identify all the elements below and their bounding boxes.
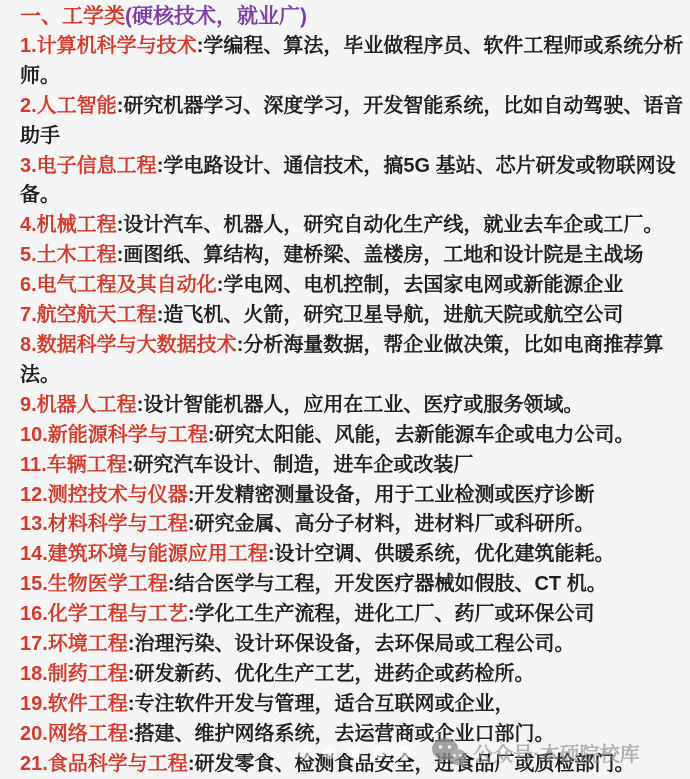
major-desc: :开发精密测量设备，用于工业检测或医疗诊断 bbox=[188, 484, 595, 506]
major-item: 9.机器人工程:设计智能机器人，应用在工业、医疗或服务领域。 bbox=[20, 391, 684, 421]
major-name: 4.机械工程 bbox=[20, 214, 117, 236]
major-list: 1.计算机科学与技术:学编程、算法，毕业做程序员、软件工程师或系统分析师。2.人… bbox=[20, 32, 684, 779]
major-item: 12.测控技术与仪器:开发精密测量设备，用于工业检测或医疗诊断 bbox=[20, 481, 684, 511]
major-item: 17.环境工程:治理污染、设计环保设备，去环保局或工程公司。 bbox=[20, 630, 684, 660]
major-name: 3.电子信息工程 bbox=[20, 155, 157, 177]
major-item: 10.新能源科学与工程:研究太阳能、风能，去新能源车企或电力公司。 bbox=[20, 421, 684, 451]
major-name: 11.车辆工程 bbox=[20, 454, 127, 476]
major-desc: :治理污染、设计环保设备，去环保局或工程公司。 bbox=[128, 633, 575, 655]
major-desc: :研发新药、优化生产工艺，进药企或药检所。 bbox=[128, 663, 535, 685]
major-name: 12.测控技术与仪器 bbox=[20, 484, 188, 506]
major-desc: :设计空调、供暖系统，优化建筑能耗。 bbox=[268, 543, 615, 565]
major-name: 15.生物医学工程 bbox=[20, 573, 168, 595]
section-title-highlight: (硬核技术，就业广) bbox=[125, 5, 307, 28]
section-title-text: 一、工学类 bbox=[20, 5, 125, 28]
major-desc: :造飞机、火箭，研究卫星导航，进航天院或航空公司 bbox=[157, 304, 624, 326]
major-name: 14.建筑环境与能源应用工程 bbox=[20, 543, 268, 565]
major-name: 18.制药工程 bbox=[20, 663, 128, 685]
major-item: 7.航空航天工程:造飞机、火箭，研究卫星导航，进航天院或航空公司 bbox=[20, 301, 684, 331]
major-item: 18.制药工程:研发新药、优化生产工艺，进药企或药检所。 bbox=[20, 660, 684, 690]
major-item: 19.软件工程:专注软件开发与管理，适合互联网或企业， bbox=[20, 690, 684, 720]
major-name: 6.电气工程及其自动化 bbox=[20, 274, 217, 296]
major-desc: :结合医学与工程，开发医疗器械如假肢、CT 机。 bbox=[168, 573, 607, 595]
major-item: 13.材料科学与工程:研究金属、高分子材料，进材料厂或科研所。 bbox=[20, 510, 684, 540]
major-item: 8.数据科学与大数据技术:分析海量数据，帮企业做决策，比如电商推荐算法。 bbox=[20, 331, 684, 391]
major-item: 2.人工智能:研究机器学习、深度学习，开发智能系统，比如自动驾驶、语音助手 bbox=[20, 92, 684, 152]
major-item: 15.生物医学工程:结合医学与工程，开发医疗器械如假肢、CT 机。 bbox=[20, 570, 684, 600]
major-desc: :学化工生产流程，进化工厂、药厂或环保公司 bbox=[188, 603, 595, 625]
major-name: 9.机器人工程 bbox=[20, 394, 137, 416]
major-name: 20.网络工程 bbox=[20, 723, 128, 745]
major-item: 14.建筑环境与能源应用工程:设计空调、供暖系统，优化建筑能耗。 bbox=[20, 540, 684, 570]
major-name: 5.土木工程 bbox=[20, 244, 117, 266]
major-desc: :研发零食、检测食品安全，进食品厂或质检部门。 bbox=[188, 753, 635, 775]
document-page: 一、工学类(硬核技术，就业广) 1.计算机科学与技术:学编程、算法，毕业做程序员… bbox=[0, 0, 684, 779]
major-desc: :研究汽车设计、制造，进车企或改装厂 bbox=[127, 454, 474, 476]
major-item: 1.计算机科学与技术:学编程、算法，毕业做程序员、软件工程师或系统分析师。 bbox=[20, 32, 684, 92]
major-desc: :研究机器学习、深度学习，开发智能系统，比如自动驾驶、语音助手 bbox=[20, 95, 683, 147]
major-name: 13.材料科学与工程 bbox=[20, 513, 188, 535]
major-desc: :设计智能机器人，应用在工业、医疗或服务领域。 bbox=[137, 394, 584, 416]
major-item: 4.机械工程:设计汽车、机器人，研究自动化生产线，就业去车企或工厂。 bbox=[20, 211, 684, 241]
major-name: 21.食品科学与工程 bbox=[20, 753, 188, 775]
major-name: 10.新能源科学与工程 bbox=[20, 424, 208, 446]
major-item: 11.车辆工程:研究汽车设计、制造，进车企或改装厂 bbox=[20, 451, 684, 481]
section-title: 一、工学类(硬核技术，就业广) bbox=[20, 2, 684, 32]
major-name: 19.软件工程 bbox=[20, 693, 128, 715]
major-name: 7.航空航天工程 bbox=[20, 304, 157, 326]
major-desc: :专注软件开发与管理，适合互联网或企业， bbox=[128, 693, 515, 715]
major-item: 3.电子信息工程:学电路设计、通信技术，搞5G 基站、芯片研发或物联网设备。 bbox=[20, 152, 684, 212]
major-item: 16.化学工程与工艺:学化工生产流程，进化工厂、药厂或环保公司 bbox=[20, 600, 684, 630]
major-desc: :研究金属、高分子材料，进材料厂或科研所。 bbox=[188, 513, 595, 535]
major-desc: :研究太阳能、风能，去新能源车企或电力公司。 bbox=[208, 424, 635, 446]
major-item: 20.网络工程:搭建、维护网络系统，去运营商或企业口部门。 bbox=[20, 720, 684, 750]
major-name: 8.数据科学与大数据技术 bbox=[20, 334, 237, 356]
major-desc: :画图纸、算结构，建桥梁、盖楼房，工地和设计院是主战场 bbox=[117, 244, 644, 266]
major-desc: :设计汽车、机器人，研究自动化生产线，就业去车企或工厂。 bbox=[117, 214, 664, 236]
major-name: 1.计算机科学与技术 bbox=[20, 35, 197, 57]
major-item: 5.土木工程:画图纸、算结构，建桥梁、盖楼房，工地和设计院是主战场 bbox=[20, 241, 684, 271]
major-desc: :学电网、电机控制，去国家电网或新能源企业 bbox=[217, 274, 624, 296]
major-name: 2.人工智能 bbox=[20, 95, 117, 117]
major-item: 6.电气工程及其自动化:学电网、电机控制，去国家电网或新能源企业 bbox=[20, 271, 684, 301]
major-desc: :搭建、维护网络系统，去运营商或企业口部门。 bbox=[128, 723, 555, 745]
major-name: 16.化学工程与工艺 bbox=[20, 603, 188, 625]
major-name: 17.环境工程 bbox=[20, 633, 128, 655]
major-item: 21.食品科学与工程:研发零食、检测食品安全，进食品厂或质检部门。 bbox=[20, 750, 684, 779]
